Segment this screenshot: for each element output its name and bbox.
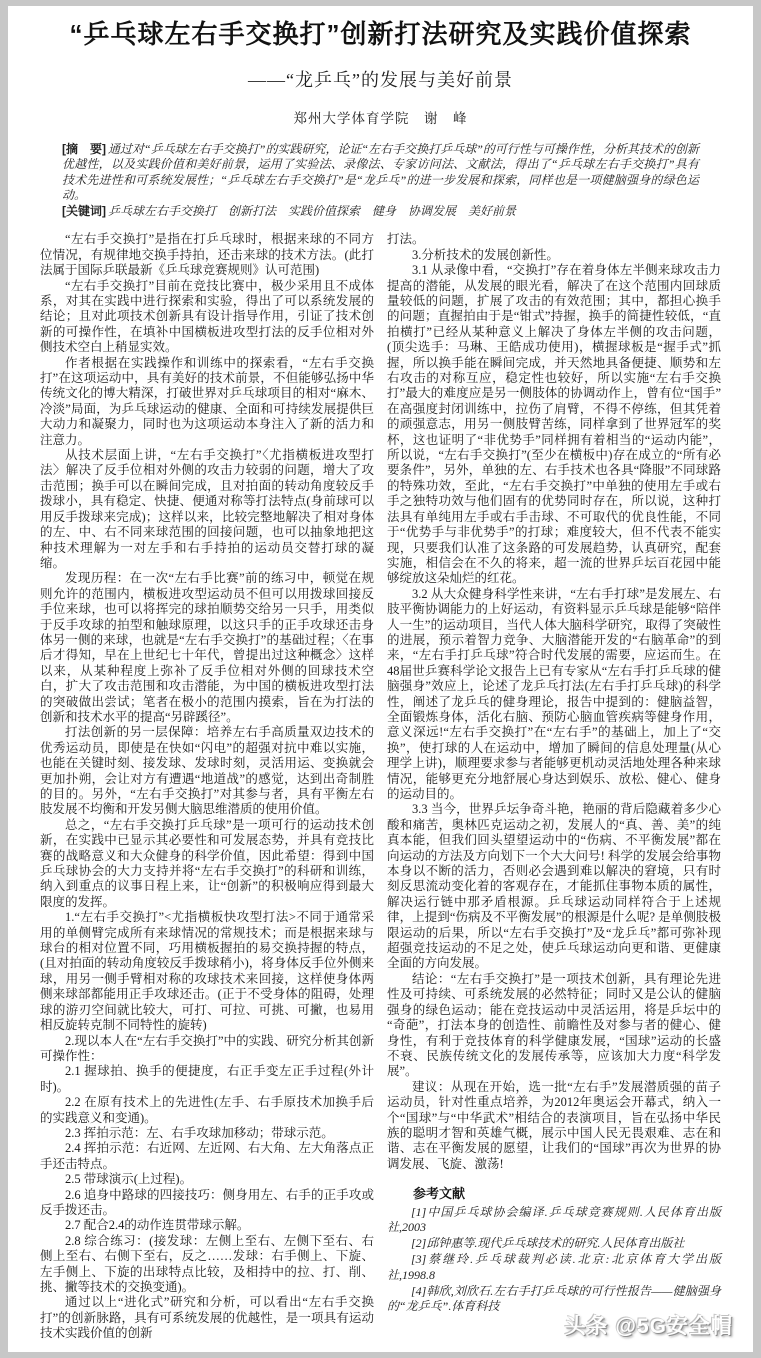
body-paragraph: 2.现以本人在“左右手交换打”中的实践、研究分析其创新可操作性： (40, 1034, 374, 1065)
toutiao-watermark: 头条 @5G安全帽 (565, 1310, 733, 1340)
author-affiliation: 郑州大学体育学院 谢 峰 (40, 107, 721, 127)
reference-item: [3]蔡继玲.乒乓球裁判必读.北京:北京体育大学出版社,1998.8 (387, 1252, 721, 1284)
body-paragraph: 3.分析技术的发展创新性。 (387, 248, 721, 263)
body-paragraph: 结论：“左右手交换打”是一项技术创新，具有理论先进性及可持续、可系统发展的必然特… (387, 972, 721, 1080)
body-paragraph: 1.“左右手交换打”<尤指横板快攻型打法>不同于通常采用的单侧臂完成所有来球情况… (40, 910, 374, 1033)
keywords-paragraph: [关键词]乒乓球左右手交换打 创新打法 实践价值探索 健身 协调发展 美好前景 (62, 204, 699, 220)
reference-item: [2]邱钟惠等.现代乒乓球技术的研究.人民体育出版社 (387, 1236, 721, 1252)
body-paragraph: 建议：从现在开始，选一批“左右手”发展潜质强的苗子运动员，针对性重点培养，为20… (387, 1080, 721, 1172)
right-column-text: 打法。3.分析技术的发展创新性。3.1 从录像中看，“交换打”存在着身体左半侧来… (387, 232, 721, 1172)
body-paragraph: 通过以上“进化式”研究和分析，可以看出“左右手交换打”的创新脉路，具有可系统发展… (40, 1295, 374, 1341)
body-paragraph: 总之，“左右手交换打乒乓球”是一项可行的运动技术创新，在实践中已显示其必要性和可… (40, 818, 374, 910)
body-paragraph: “左右手交换打”目前在竞技比赛中，极少采用且不成体系，对其在实践中进行探索和实验… (40, 279, 374, 356)
body-columns: “左右手交换打”是指在打乒乓球时，根据来球的不同方位情况，有规律地交换手持拍，还… (40, 232, 721, 1341)
paper-subtitle: ——“龙乒乓”的发展与美好前景 (40, 66, 721, 92)
body-paragraph: 2.8 综合练习：(接发球：左侧上至右、左侧下至右、右侧上至右、右侧下至右，反之… (40, 1234, 374, 1296)
abstract-text: 通过对“乒乓球左右手交换打”的实践研究，论证“左右手交换打乒乓球”的可行性与可操… (62, 142, 699, 203)
body-paragraph: 3.3 当今，世界乒坛争奇斗艳，艳丽的背后隐藏着多少心酸和痛苦，奥林匹克运动之初… (387, 802, 721, 971)
body-paragraph: 3.2 从大众健身科学性来讲，“左右手打球”是发展左、右肢平衡协调能力的上好运动… (387, 587, 721, 803)
abstract-block: [摘 要]通过对“乒乓球左右手交换打”的实践研究，论证“左右手交换打乒乓球”的可… (62, 142, 699, 220)
references-section: 参考文献 [1]中国乒乓球协会编译.乒乓球竞赛规则.人民体育出版社,2003[2… (387, 1186, 721, 1315)
references-list: [1]中国乒乓球协会编译.乒乓球竞赛规则.人民体育出版社,2003[2]邱钟惠等… (387, 1205, 721, 1316)
body-paragraph: 打法。 (387, 232, 721, 247)
body-paragraph: 2.4 挥拍示范：右近网、左近网、右大角、左大角落点正手还击特点。 (40, 1141, 374, 1172)
left-column: “左右手交换打”是指在打乒乓球时，根据来球的不同方位情况，有规律地交换手持拍，还… (40, 232, 374, 1341)
body-paragraph: 从技术层面上讲，“左右手交换打”〈尤指横板进攻型打法〉解决了反手位相对外侧的攻击… (40, 448, 374, 571)
body-paragraph: 作者根据在实践操作和训练中的探索看，“左右手交换打”在这项运动中，具有美好的技术… (40, 356, 374, 448)
paper-page: “乒乓球左右手交换打”创新打法研究及实践价值探索 ——“龙乒乓”的发展与美好前景… (8, 6, 753, 1352)
body-paragraph: 2.3 挥拍示范：左、右手攻球加移动；带球示范。 (40, 1126, 374, 1141)
body-paragraph: 2.1 握球拍、换手的便捷度，右正手变左正手过程(外计时)。 (40, 1064, 374, 1095)
abstract-label: [摘 要] (62, 142, 106, 156)
body-paragraph: 发现历程：在一次“左右手比赛”前的练习中，顿觉在规则允许的范围内，横板进攻型运动… (40, 571, 374, 725)
abstract-paragraph: [摘 要]通过对“乒乓球左右手交换打”的实践研究，论证“左右手交换打乒乓球”的可… (62, 142, 699, 204)
body-paragraph: 2.6 追身中路球的四接技巧：侧身用左、右手的正手攻或反手拨还击。 (40, 1188, 374, 1219)
paper-title: “乒乓球左右手交换打”创新打法研究及实践价值探索 (40, 20, 721, 50)
right-column: 打法。3.分析技术的发展创新性。3.1 从录像中看，“交换打”存在着身体左半侧来… (387, 232, 721, 1341)
reference-item: [1]中国乒乓球协会编译.乒乓球竞赛规则.人民体育出版社,2003 (387, 1205, 721, 1237)
keywords-label: [关键词] (62, 204, 106, 218)
body-paragraph: “左右手交换打”是指在打乒乓球时，根据来球的不同方位情况，有规律地交换手持拍，还… (40, 232, 374, 278)
body-paragraph: 2.2 在原有技术上的先进性(左手、右手原技术加换手后的实践意义和变通)。 (40, 1095, 374, 1126)
references-heading: 参考文献 (387, 1186, 721, 1201)
body-paragraph: 2.7 配合2.4的动作连贯带球示解。 (40, 1218, 374, 1233)
body-paragraph: 3.1 从录像中看，“交换打”存在着身体左半侧来球攻击力提高的潜能，从发展的眼光… (387, 263, 721, 587)
body-paragraph: 2.5 带球演示(上过程)。 (40, 1172, 374, 1187)
keywords-text: 乒乓球左右手交换打 创新打法 实践价值探索 健身 协调发展 美好前景 (108, 204, 516, 218)
body-paragraph: 打法创新的另一层保障：培养左右手高质量双边技术的优秀运动员，即使是在快如“闪电”… (40, 725, 374, 817)
